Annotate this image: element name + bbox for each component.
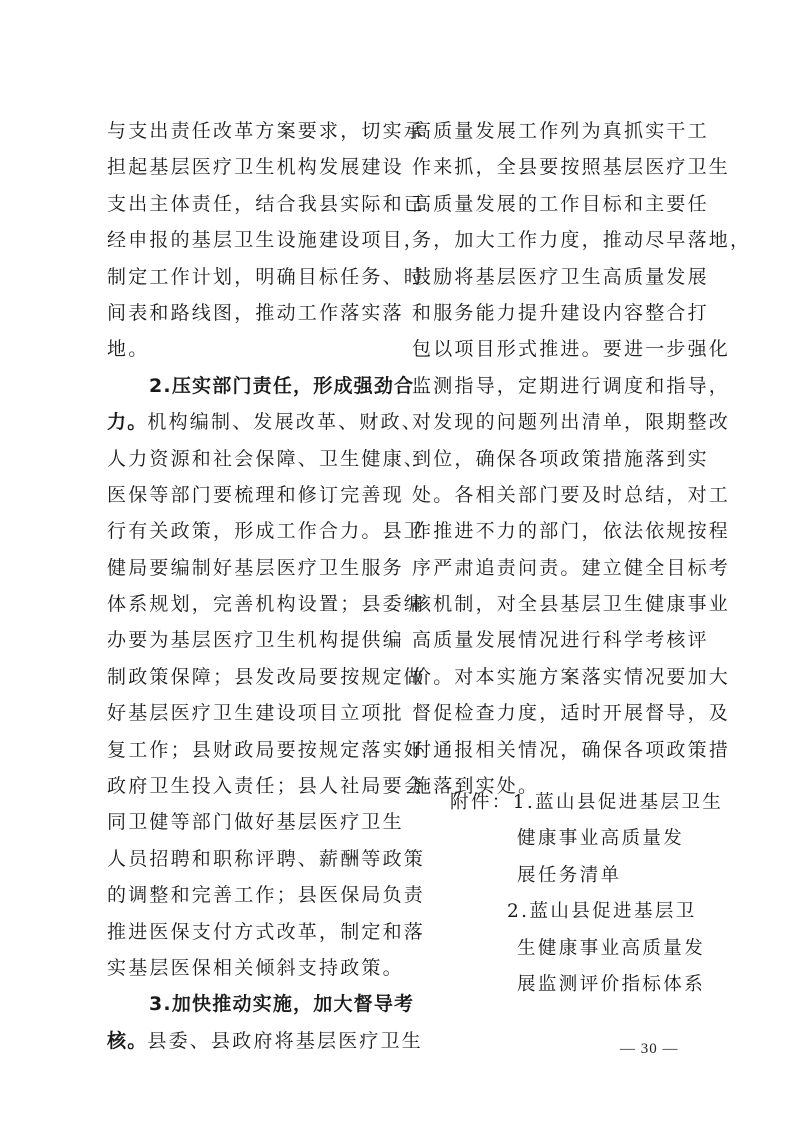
page-number: — 30 — <box>620 1041 679 1058</box>
paragraph-line: 支出主体责任，结合我县实际和已 <box>107 186 383 222</box>
paragraph-line: 鼓励将基层医疗卫生高质量发展 <box>412 259 688 295</box>
line-text: 医保等部门要梳理和修订完善现 <box>107 484 404 506</box>
paragraph-line: 高质量发展的工作目标和主要任 <box>412 186 688 222</box>
line-text: 高质量发展的工作目标和主要任 <box>412 193 709 215</box>
line-text: 制定工作计划，明确目标任务、时 <box>107 266 425 288</box>
paragraph-line: 高质量发展工作列为真抓实干工 <box>412 113 688 149</box>
line-text: 和服务能力提升建设内容整合打 <box>412 302 709 324</box>
paragraph-line: 到位，确保各项政策措施落到实 <box>412 441 688 477</box>
paragraph-line: 体系规划，完善机构设置；县委编 <box>107 586 383 622</box>
attachments-block: 附件：1.蓝山县促进基层卫生 健康事业高质量发 展任务清单 2.蓝山县促进基层卫… <box>450 785 700 1003</box>
line-text: 序严肃追责问责。建立健全目标考 <box>412 557 730 579</box>
paragraph-line: 高质量发展情况进行科学考核评 <box>412 622 688 658</box>
paragraph-line: 制政策保障；县发改局要按规定做 <box>107 659 383 695</box>
section-heading-2: 2.压实部门责任，形成强劲合 <box>107 368 383 404</box>
line-text: 健局要编制好基层医疗卫生服务 <box>107 557 404 579</box>
line-text: 同卫健等部门做好基层医疗卫生 <box>107 811 404 833</box>
paragraph-line: 督促检查力度，适时开展督导，及 <box>412 695 688 731</box>
line-text: 包以项目形式推进。要进一步强化 <box>412 338 730 360</box>
paragraph-line: 间表和路线图，推动工作落实落 <box>107 295 383 331</box>
paragraph-line: 序严肃追责问责。建立健全目标考 <box>412 550 688 586</box>
attachment-number: 2. <box>507 901 529 922</box>
attachment-item-2-cont: 生健康事业高质量发 <box>450 931 700 967</box>
paragraph-line: 办要为基层医疗卫生机构提供编 <box>107 622 383 658</box>
attachment-item-1-cont: 展任务清单 <box>450 858 700 894</box>
line-text: 高质量发展情况进行科学考核评 <box>412 629 709 651</box>
attachment-item-1: 附件：1.蓝山县促进基层卫生 <box>450 785 700 821</box>
line-text: 到位，确保各项政策措施落到实 <box>412 448 709 470</box>
line-text: 价。对本实施方案落实情况要加大 <box>412 666 730 688</box>
line-text: 高质量发展工作列为真抓实干工 <box>412 120 709 142</box>
line-text: 作推进不力的部门，依法依规按程 <box>412 520 730 542</box>
paragraph-line: 行有关政策，形成工作合力。县卫 <box>107 513 383 549</box>
paragraph-line: 人员招聘和职称评聘、薪酬等政策 <box>107 841 383 877</box>
attachment-item-2: 2.蓝山县促进基层卫 <box>450 894 700 930</box>
line-text: 复工作；县财政局要按规定落实好 <box>107 739 425 761</box>
attachment-item-2-cont: 展监测评价指标体系 <box>450 967 700 1003</box>
line-text: 鼓励将基层医疗卫生高质量发展 <box>412 266 709 288</box>
line-text: 机构编制、发展改革、财政、 <box>147 411 423 433</box>
line-text: 制政策保障；县发改局要按规定做 <box>107 666 425 688</box>
paragraph-line: 包以项目形式推进。要进一步强化 <box>412 331 688 367</box>
line-text: 人力资源和社会保障、卫生健康、 <box>107 448 425 470</box>
section-heading-3: 3.加快推动实施，加大督导考 <box>107 986 383 1022</box>
line-text: 体系规划，完善机构设置；县委编 <box>107 593 425 615</box>
left-text-column: 与支出责任改革方案要求，切实承 担起基层医疗卫生机构发展建设 支出主体责任，结合… <box>107 113 383 1059</box>
attachment-title: 生健康事业高质量发 <box>517 938 705 959</box>
paragraph-line: 与支出责任改革方案要求，切实承 <box>107 113 383 149</box>
paragraph-line: 时通报相关情况，确保各项政策措 <box>412 732 688 768</box>
line-text: 核机制，对全县基层卫生健康事业 <box>412 593 730 615</box>
line-text: 行有关政策，形成工作合力。县卫 <box>107 520 425 542</box>
paragraph-line: 核机制，对全县基层卫生健康事业 <box>412 586 688 622</box>
heading-text: 力。 <box>107 411 147 433</box>
attachment-title: 蓝山县促进基层卫 <box>529 901 696 922</box>
line-text: 推进医保支付方式改革，制定和落 <box>107 921 425 943</box>
line-text: 监测指导，定期进行调度和指导， <box>412 375 730 397</box>
paragraph-line: 务，加大工作力度，推动尽早落地， <box>412 222 688 258</box>
paragraph-line: 好基层医疗卫生建设项目立项批 <box>107 695 383 731</box>
paragraph-line: 作来抓，全县要按照基层医疗卫生 <box>412 149 688 185</box>
paragraph-line: 健局要编制好基层医疗卫生服务 <box>107 550 383 586</box>
line-text: 时通报相关情况，确保各项政策措 <box>412 739 730 761</box>
paragraph-line: 政府卫生投入责任；县人社局要会 <box>107 768 383 804</box>
paragraph-line: 价。对本实施方案落实情况要加大 <box>412 659 688 695</box>
line-text: 好基层医疗卫生建设项目立项批 <box>107 702 404 724</box>
line-text: 支出主体责任，结合我县实际和已 <box>107 193 425 215</box>
paragraph-line: 对发现的问题列出清单，限期整改 <box>412 404 688 440</box>
heading-text: 核。 <box>107 1030 147 1052</box>
paragraph-line: 处。各相关部门要及时总结，对工 <box>412 477 688 513</box>
paragraph-line: 同卫健等部门做好基层医疗卫生 <box>107 804 383 840</box>
attachment-title: 展监测评价指标体系 <box>517 974 705 995</box>
paragraph-line: 人力资源和社会保障、卫生健康、 <box>107 441 383 477</box>
line-text: 务，加大工作力度，推动尽早落地， <box>412 229 751 251</box>
line-text: 县委、县政府将基层医疗卫生 <box>147 1030 423 1052</box>
line-text: 经申报的基层卫生设施建设项目， <box>107 229 425 251</box>
paragraph-line: 监测指导，定期进行调度和指导， <box>412 368 688 404</box>
paragraph-line: 制定工作计划，明确目标任务、时 <box>107 259 383 295</box>
paragraph-line: 力。机构编制、发展改革、财政、 <box>107 404 383 440</box>
line-text: 人员招聘和职称评聘、薪酬等政策 <box>107 848 425 870</box>
line-text: 的调整和完善工作；县医保局负责 <box>107 884 425 906</box>
line-text: 督促检查力度，适时开展督导，及 <box>412 702 730 724</box>
document-page: 与支出责任改革方案要求，切实承 担起基层医疗卫生机构发展建设 支出主体责任，结合… <box>0 0 793 1122</box>
attachments-label: 附件： <box>450 792 513 813</box>
paragraph-line: 实基层医保相关倾斜支持政策。 <box>107 950 383 986</box>
line-text: 与支出责任改革方案要求，切实承 <box>107 120 425 142</box>
line-text: 地。 <box>107 338 149 360</box>
attachment-item-1-cont: 健康事业高质量发 <box>450 821 700 857</box>
line-text: 担起基层医疗卫生机构发展建设 <box>107 156 404 178</box>
line-text: 处。各相关部门要及时总结，对工 <box>412 484 730 506</box>
attachment-title: 蓝山县促进基层卫生 <box>535 792 723 813</box>
paragraph-line: 担起基层医疗卫生机构发展建设 <box>107 149 383 185</box>
paragraph-line: 复工作；县财政局要按规定落实好 <box>107 732 383 768</box>
line-text: 政府卫生投入责任；县人社局要会 <box>107 775 425 797</box>
paragraph-line: 的调整和完善工作；县医保局负责 <box>107 877 383 913</box>
paragraph-line: 医保等部门要梳理和修订完善现 <box>107 477 383 513</box>
line-text: 作来抓，全县要按照基层医疗卫生 <box>412 156 730 178</box>
paragraph-line: 和服务能力提升建设内容整合打 <box>412 295 688 331</box>
attachment-title: 展任务清单 <box>517 865 622 886</box>
line-text: 实基层医保相关倾斜支持政策。 <box>107 957 404 979</box>
paragraph-line: 推进医保支付方式改革，制定和落 <box>107 914 383 950</box>
paragraph-line: 作推进不力的部门，依法依规按程 <box>412 513 688 549</box>
line-text: 间表和路线图，推动工作落实落 <box>107 302 404 324</box>
attachment-title: 健康事业高质量发 <box>517 828 684 849</box>
paragraph-line: 经申报的基层卫生设施建设项目， <box>107 222 383 258</box>
line-text: 办要为基层医疗卫生机构提供编 <box>107 629 404 651</box>
line-text: 对发现的问题列出清单，限期整改 <box>412 411 730 433</box>
heading-text: 2.压实部门责任，形成强劲合 <box>149 375 414 397</box>
attachment-number: 1. <box>513 792 535 813</box>
heading-text: 3.加快推动实施，加大督导考 <box>149 993 414 1015</box>
paragraph-line: 核。县委、县政府将基层医疗卫生 <box>107 1023 383 1059</box>
paragraph-line: 地。 <box>107 331 383 367</box>
right-text-column: 高质量发展工作列为真抓实干工 作来抓，全县要按照基层医疗卫生 高质量发展的工作目… <box>412 113 688 804</box>
